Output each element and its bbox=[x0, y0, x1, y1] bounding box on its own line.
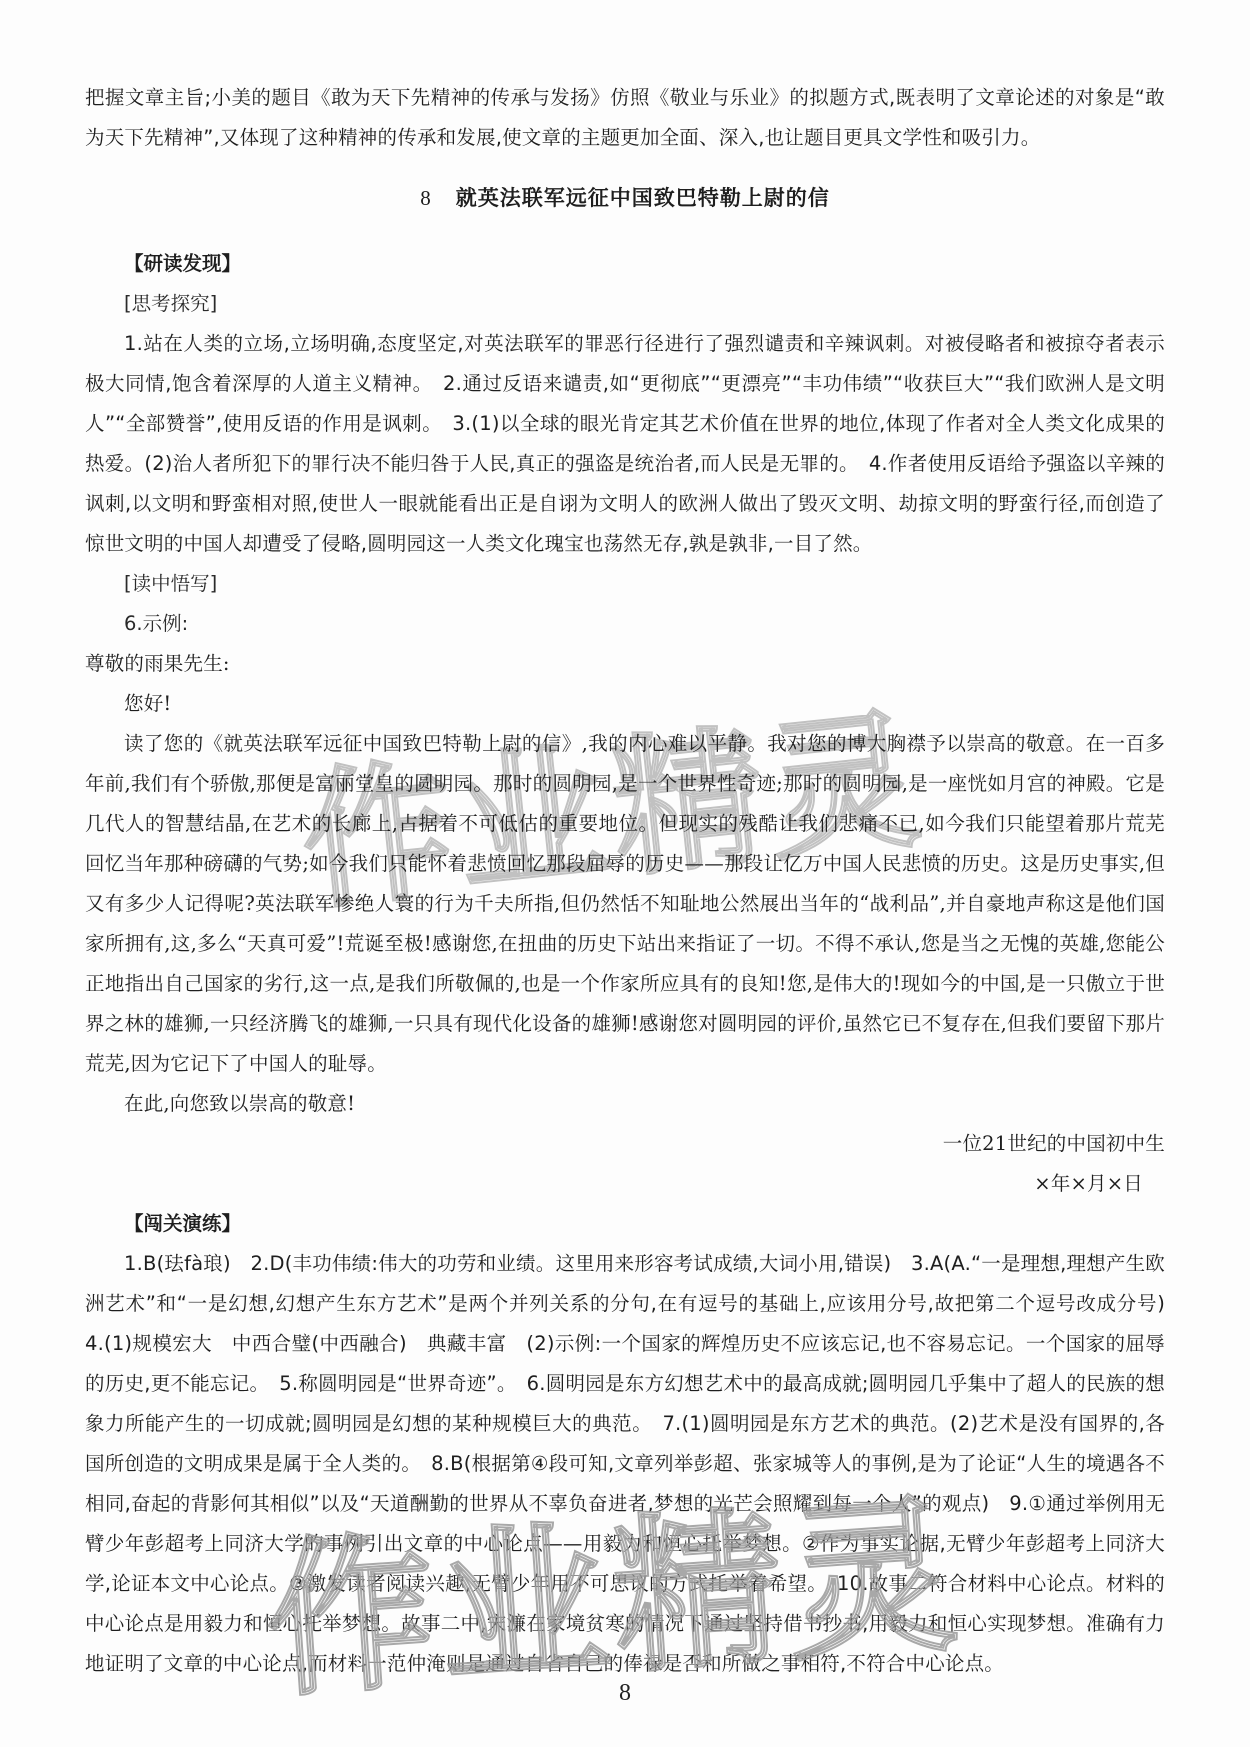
document-page: 把握文章主旨;小美的题目《敢为天下先精神的传承与发扬》仿照《敬业与乐业》的拟题方… bbox=[85, 78, 1165, 1684]
letter-signature: 一位21世纪的中国初中生 bbox=[85, 1124, 1165, 1164]
practice-answers: 1.B(珐fà琅) 2.D(丰功伟绩:伟大的功劳和业绩。这里用来形容考试成绩,大… bbox=[85, 1244, 1165, 1684]
sample-letter: 尊敬的雨果先生: 您好! 读了您的《就英法联军远征中国致巴特勒上尉的信》,我的内… bbox=[85, 644, 1165, 1204]
write-item-label: 6.示例: bbox=[85, 604, 1165, 644]
think-explore-heading: [思考探究] bbox=[85, 284, 1165, 324]
research-heading: 【研读发现】 bbox=[85, 244, 1165, 284]
intro-paragraph: 把握文章主旨;小美的题目《敢为天下先精神的传承与发扬》仿照《敬业与乐业》的拟题方… bbox=[85, 78, 1165, 158]
letter-date: ×年×月×日 bbox=[85, 1164, 1165, 1204]
read-write-heading: [读中悟写] bbox=[85, 564, 1165, 604]
practice-heading: 【闯关演练】 bbox=[85, 1204, 1165, 1244]
think-explore-answers: 1.站在人类的立场,立场明确,态度坚定,对英法联军的罪恶行径进行了强烈谴责和辛辣… bbox=[85, 324, 1165, 564]
section-title-text: 就英法联军远征中国致巴特勒上尉的信 bbox=[456, 186, 830, 210]
page-number: 8 bbox=[0, 1680, 1250, 1707]
section-number: 8 bbox=[420, 186, 432, 210]
letter-greeting: 您好! bbox=[85, 684, 1165, 724]
letter-body: 读了您的《就英法联军远征中国致巴特勒上尉的信》,我的内心难以平静。我对您的博大胸… bbox=[85, 724, 1165, 1084]
letter-closing: 在此,向您致以崇高的敬意! bbox=[85, 1084, 1165, 1124]
section-title: 8就英法联军远征中国致巴特勒上尉的信 bbox=[85, 178, 1165, 218]
letter-salutation: 尊敬的雨果先生: bbox=[85, 644, 1165, 684]
